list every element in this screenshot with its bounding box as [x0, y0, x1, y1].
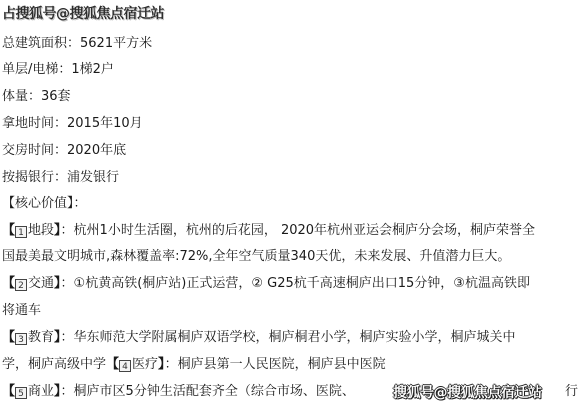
section-education: 【3教育】：华东师范大学附属桐庐双语学校，桐庐桐君小学，桐庐实验小学，桐庐城关中	[2, 330, 516, 346]
field-value: 5621平方米	[80, 36, 152, 51]
field-value: 2020年底	[67, 143, 126, 158]
watermark-top: 占搜狐号@搜狐焦点宿迁站	[2, 3, 164, 23]
number-3-icon: 3	[15, 333, 27, 345]
section-title: 医疗	[132, 357, 158, 372]
field-label: 单层/电梯：	[2, 62, 71, 77]
bracket-open: 【	[2, 384, 15, 399]
bracket-open: 【	[106, 357, 119, 372]
field-value: 1梯2户	[71, 62, 114, 77]
number-5-icon: 5	[15, 387, 27, 399]
number-4-icon: 4	[119, 360, 131, 372]
field-label: 按揭银行：	[2, 170, 67, 185]
section-title: 商业	[28, 384, 54, 399]
section-text: 学，桐庐高级中学	[2, 357, 106, 372]
section-text: ：桐庐县第一人民医院，桐庐县中医院	[165, 357, 386, 372]
section-text: ：①杭黄高铁(桐庐站)正式运营，② G25杭千高速桐庐出口15分钟，③杭温高铁即	[61, 276, 530, 291]
bracket-open: 【	[2, 223, 15, 238]
field-delivery-date: 交房时间：2020年底	[2, 143, 126, 159]
core-value-heading: 【核心价值】：	[2, 196, 87, 212]
section-title: 地段	[28, 223, 54, 238]
section-title: 交通	[28, 276, 54, 291]
field-volume: 体量：36套	[2, 89, 71, 105]
field-label: 交房时间：	[2, 143, 67, 158]
field-value: 36套	[41, 89, 71, 104]
section-location-cont: 国最美最文明城市,森林覆盖率:72%,全年空气质量340天优，未来发展、升值潜力…	[2, 249, 510, 265]
section-text: ：桐庐市区5分钟生活配套齐全（综合市场、医院、	[61, 384, 355, 399]
bracket-open: 【	[2, 276, 15, 291]
section-commerce: 【5商业】：桐庐市区5分钟生活配套齐全（综合市场、医院、	[2, 384, 355, 400]
section-text: ：杭州1小时生活圈，杭州的后花园， 2020年杭州亚运会桐庐分会场，桐庐荣誉全	[61, 223, 536, 238]
section-transport-cont: 将通车	[2, 303, 41, 319]
field-value: 浦发银行	[67, 170, 119, 185]
section-location: 【1地段】：杭州1小时生活圈，杭州的后花园， 2020年杭州亚运会桐庐分会场，桐…	[2, 223, 535, 239]
section-education-medical: 学，桐庐高级中学【4医疗】：桐庐县第一人民医院，桐庐县中医院	[2, 357, 386, 373]
field-total-area: 总建筑面积：5621平方米	[2, 36, 152, 52]
field-floor-elevator: 单层/电梯：1梯2户	[2, 62, 114, 78]
watermark-bottom: 搜狐号@搜狐焦点宿迁站	[393, 382, 542, 402]
number-2-icon: 2	[15, 279, 27, 291]
field-value: 2015年10月	[67, 116, 143, 131]
field-label: 拿地时间：	[2, 116, 67, 131]
bracket-open: 【	[2, 330, 15, 345]
number-1-icon: 1	[15, 226, 27, 238]
section-title: 教育	[28, 330, 54, 345]
field-label: 体量：	[2, 89, 41, 104]
field-mortgage-bank: 按揭银行：浦发银行	[2, 170, 119, 186]
field-land-date: 拿地时间：2015年10月	[2, 116, 143, 132]
field-label: 总建筑面积：	[2, 36, 80, 51]
section-transport: 【2交通】：①杭黄高铁(桐庐站)正式运营，② G25杭千高速桐庐出口15分钟，③…	[2, 276, 530, 292]
section-commerce-tail: 行	[565, 384, 578, 400]
section-text: ：华东师范大学附属桐庐双语学校，桐庐桐君小学，桐庐实验小学，桐庐城关中	[61, 330, 516, 345]
